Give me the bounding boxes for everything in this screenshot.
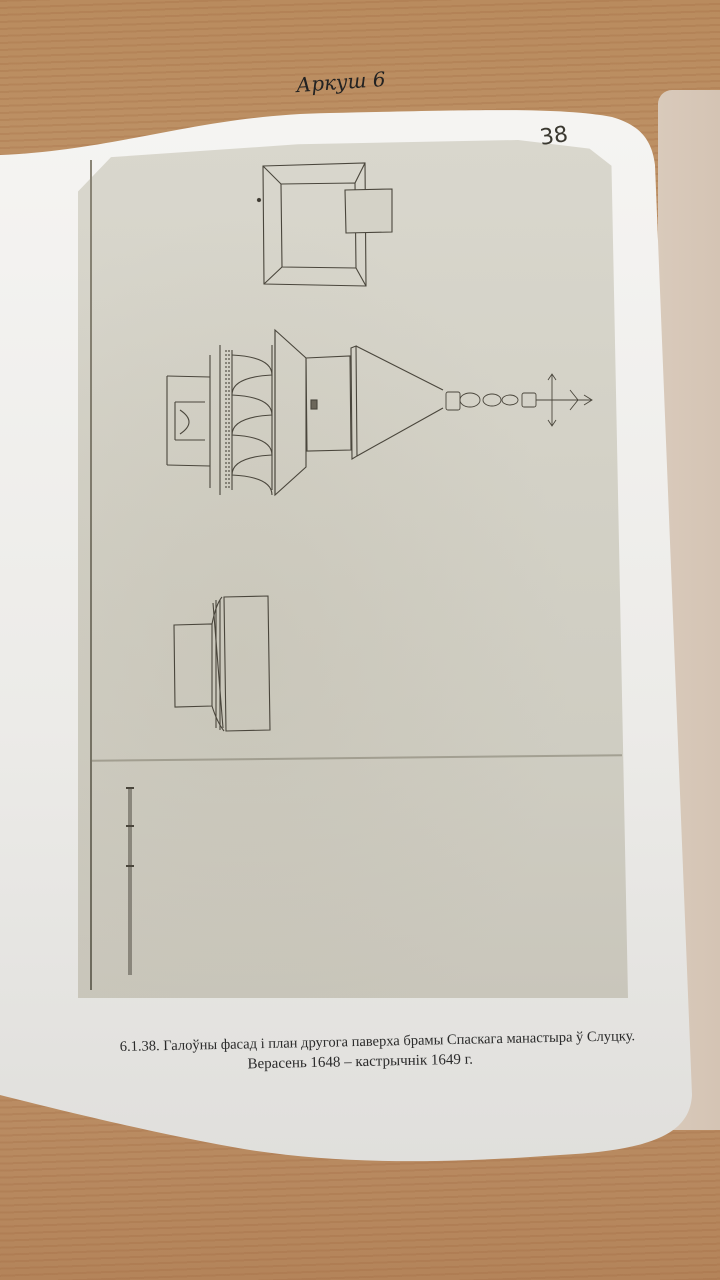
architectural-drawing: [0, 0, 720, 1280]
lower-tier-drawing: [174, 596, 270, 731]
scale-bar: [126, 787, 134, 975]
tower-facade-drawing: [167, 330, 592, 495]
plan-drawing: [257, 163, 392, 286]
